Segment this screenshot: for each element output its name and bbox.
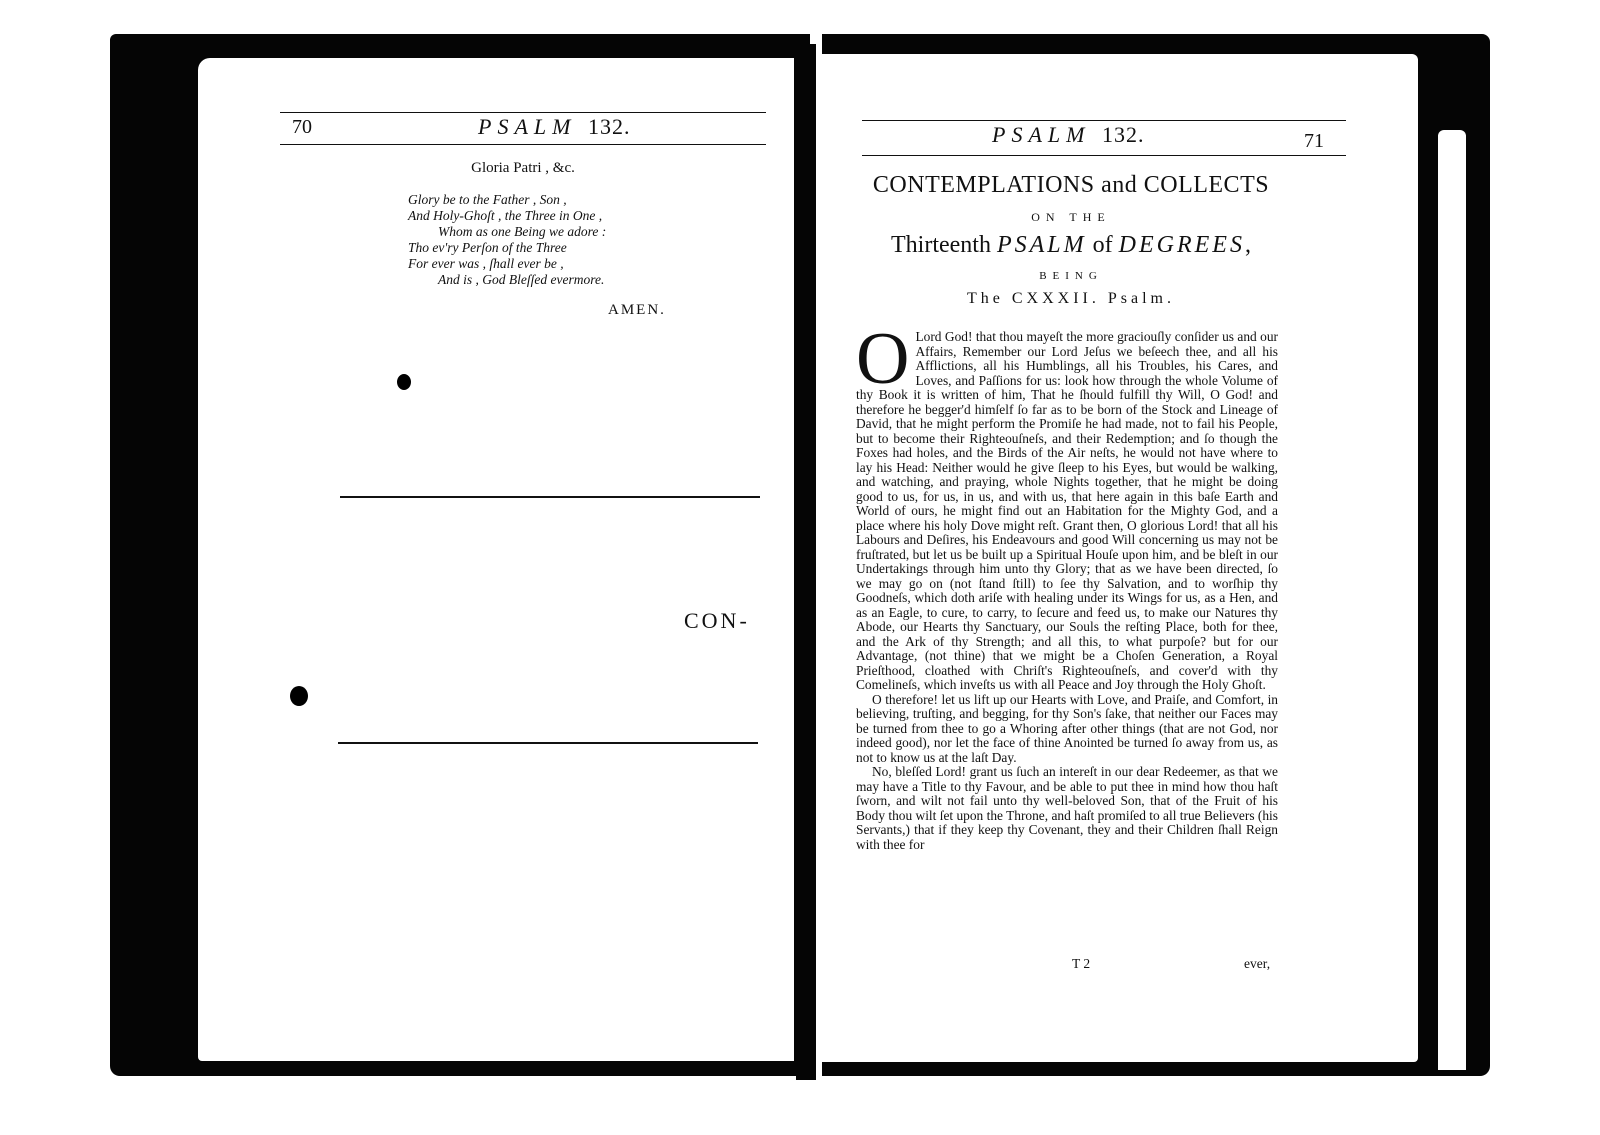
running-head-number: 132. bbox=[1102, 122, 1145, 147]
header-rule-bottom bbox=[280, 144, 766, 145]
page-edge-strip bbox=[1438, 130, 1466, 1070]
header-rule-bottom bbox=[862, 155, 1346, 156]
page-number: 71 bbox=[1304, 130, 1324, 153]
header-rule-top bbox=[862, 120, 1346, 121]
catchword: ever, bbox=[1244, 956, 1270, 972]
gloria-heading: Gloria Patri , &c. bbox=[280, 160, 766, 177]
paragraph: No, bleſſed Lord! grant us ſuch an inter… bbox=[856, 765, 1278, 852]
verse-line: And is , God Bleſſed evermore. bbox=[408, 272, 606, 288]
paragraph: O therefore! let us lift up our Hearts w… bbox=[856, 693, 1278, 766]
ink-blot bbox=[290, 686, 308, 706]
paragraph-text: Lord God! that thou mayeſt the more grac… bbox=[856, 329, 1278, 692]
catchword: CON- bbox=[684, 608, 750, 634]
subtitle-comma: , bbox=[1245, 232, 1251, 258]
title-being: BEING bbox=[850, 270, 1292, 282]
collect-text: OLord God! that thou mayeſt the more gra… bbox=[856, 330, 1278, 852]
drop-cap: O bbox=[856, 330, 909, 384]
running-head: PSALM 132. bbox=[992, 122, 1144, 148]
ink-blot bbox=[397, 374, 411, 390]
running-head-title: PSALM bbox=[992, 122, 1090, 147]
divider-rule bbox=[340, 496, 760, 498]
verse-line: Glory be to the Father , Son , bbox=[408, 192, 606, 208]
subtitle-italic: DEGREES bbox=[1119, 232, 1245, 258]
verse-line: Whom as one Being we adore : bbox=[408, 224, 606, 240]
amen: AMEN. bbox=[608, 302, 666, 319]
page-number: 70 bbox=[292, 116, 312, 139]
verse-line: For ever was , ſhall ever be , bbox=[408, 256, 606, 272]
running-head-number: 132. bbox=[588, 114, 631, 139]
chapter-title: CONTEMPLATIONS and COLLECTS bbox=[850, 172, 1292, 199]
signature-mark: T 2 bbox=[1072, 956, 1090, 972]
subtitle-word: Thirteenth bbox=[891, 232, 991, 258]
doxology-verse: Glory be to the Father , Son , And Holy-… bbox=[408, 192, 606, 288]
divider-rule bbox=[338, 742, 758, 744]
running-head: PSALM 132. bbox=[478, 114, 630, 140]
paragraph: OLord God! that thou mayeſt the more gra… bbox=[856, 330, 1278, 693]
book-spine bbox=[796, 44, 816, 1080]
title-subtitle: Thirteenth PSALM of DEGREES, bbox=[850, 232, 1292, 259]
running-head-title: PSALM bbox=[478, 114, 576, 139]
title-on-the: ON THE bbox=[850, 210, 1292, 225]
subtitle-word: of bbox=[1093, 232, 1113, 258]
subtitle-italic: PSALM bbox=[997, 232, 1087, 258]
header-rule-top bbox=[280, 112, 766, 113]
title-psalm-number: The CXXXII. Psalm. bbox=[850, 290, 1292, 308]
verse-line: Tho ev'ry Perſon of the Three bbox=[408, 240, 606, 256]
verse-line: And Holy-Ghoſt , the Three in One , bbox=[408, 208, 606, 224]
